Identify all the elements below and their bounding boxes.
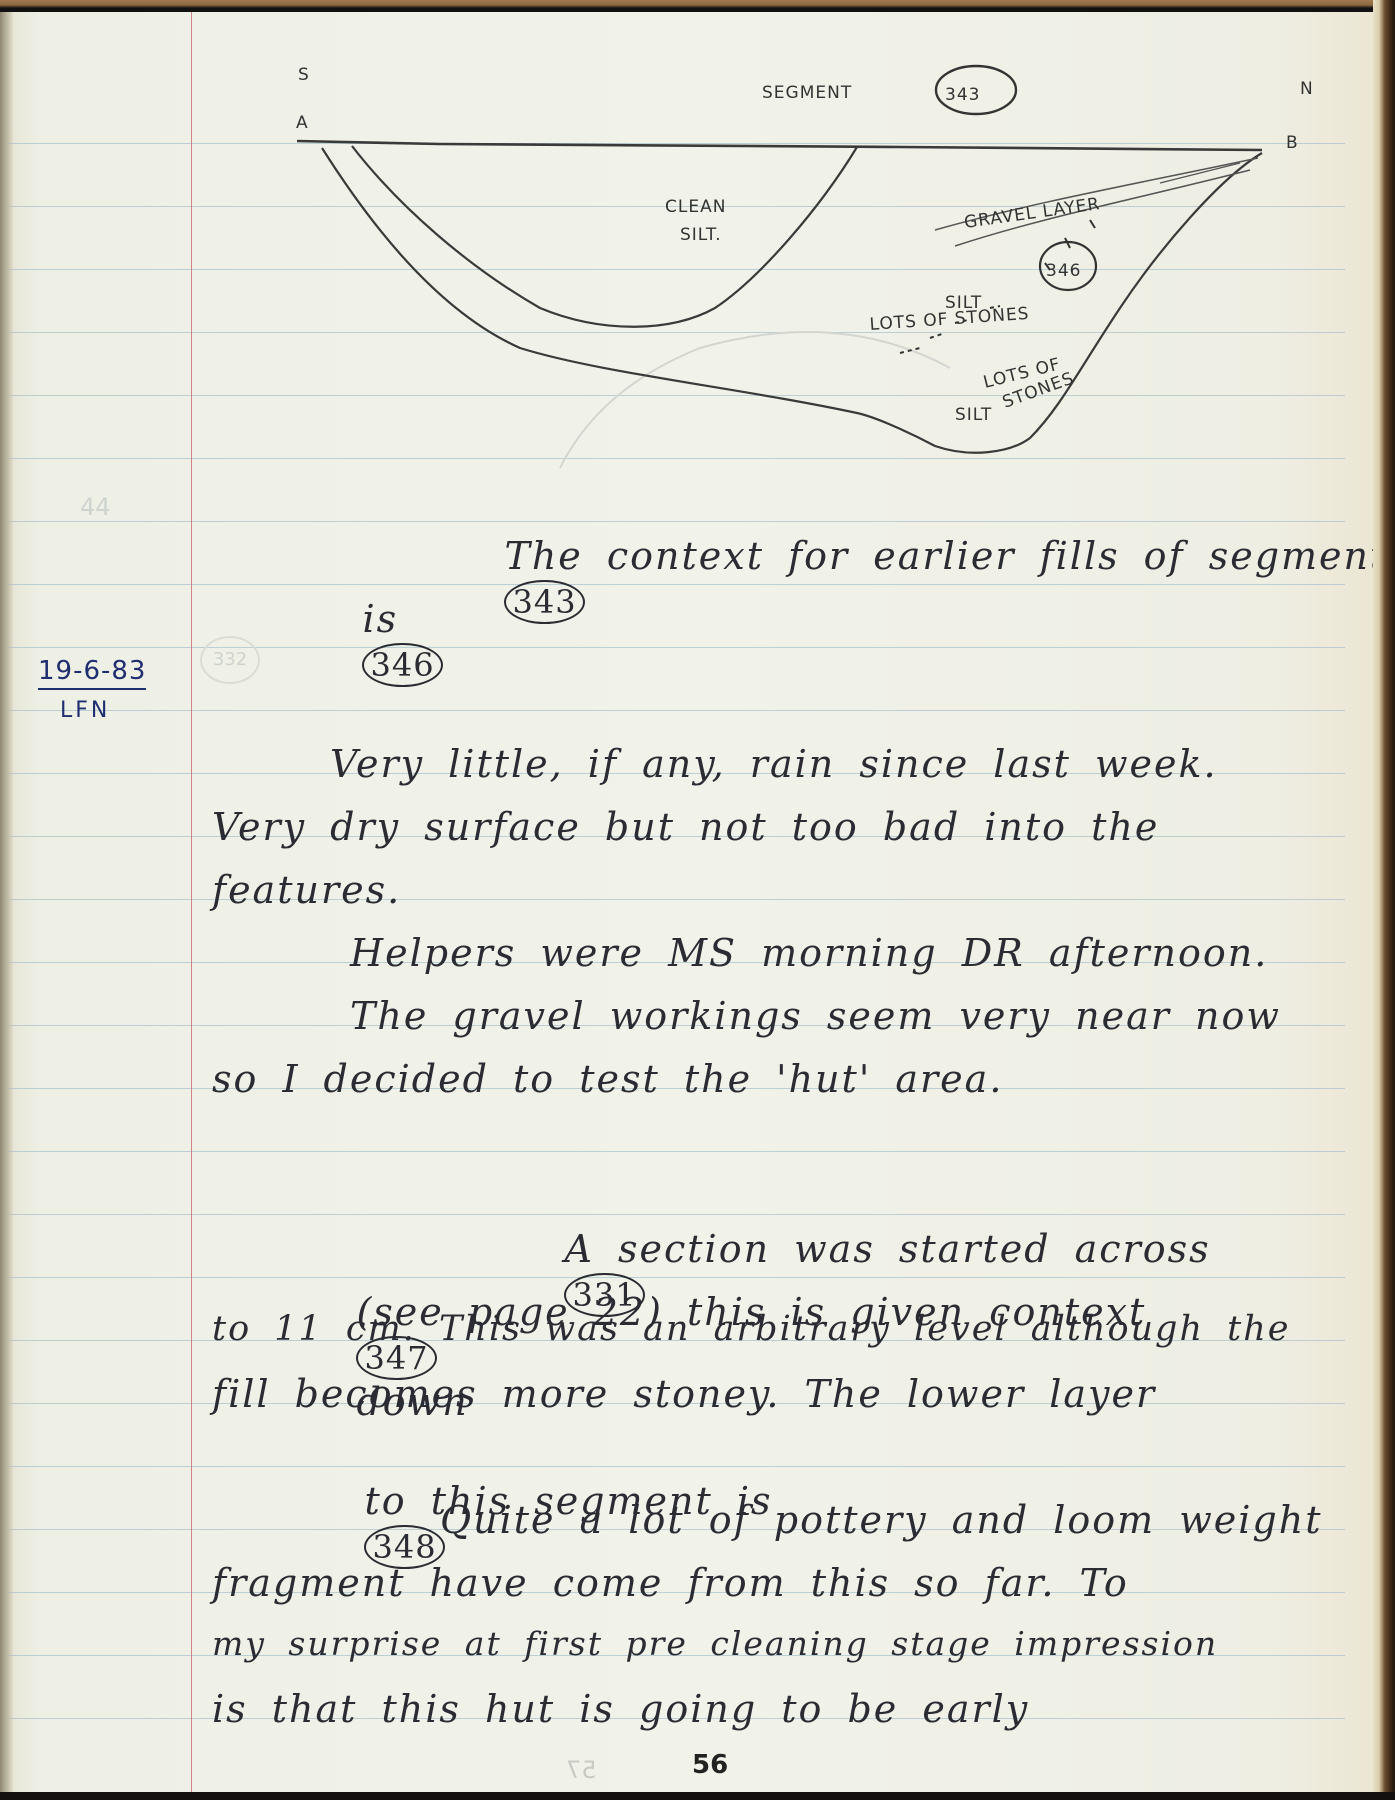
entry-line: so I decided to test the 'hut' area. bbox=[212, 1057, 1003, 1101]
intro-line-2: is 346 bbox=[218, 553, 443, 731]
top-binding-edge bbox=[0, 0, 1395, 12]
finds-line: my surprise at first pre cleaning stage … bbox=[212, 1624, 1218, 1663]
notebook-paper: 44 332 S A N B SEGMENT 343 bbox=[0, 8, 1380, 1794]
finds-line: fragment have come from this so far. To bbox=[212, 1561, 1129, 1605]
notebook-page-frame: 44 332 S A N B SEGMENT 343 bbox=[0, 0, 1395, 1800]
outer-cut-outline bbox=[322, 148, 1262, 453]
bottom-edge bbox=[0, 1792, 1395, 1800]
gravel-layer-label: GRAVEL LAYER bbox=[963, 194, 1102, 233]
point-a-label: A bbox=[296, 113, 309, 133]
entry-date: 19-6-83 bbox=[38, 656, 146, 690]
section-sketch: S A N B SEGMENT 343 CLEAN SILT. GRAVEL L… bbox=[0, 8, 1380, 468]
ruled-line bbox=[0, 710, 1345, 711]
entry-line: features. bbox=[212, 868, 401, 912]
intro-line-2-text: is bbox=[362, 597, 398, 641]
entry-line: The gravel workings seem very near now bbox=[350, 994, 1281, 1038]
finds-line: Quite a lot of pottery and loom weight bbox=[440, 1498, 1323, 1542]
entry-line: Very dry surface but not too bad into th… bbox=[212, 805, 1159, 849]
context-id-346: 346 bbox=[1046, 261, 1081, 281]
segment-id: 343 bbox=[945, 85, 980, 105]
ruled-line bbox=[0, 1151, 1345, 1152]
page-number: 56 bbox=[692, 1750, 728, 1780]
compass-north-label: N bbox=[1300, 79, 1314, 99]
context-circle-343: 343 bbox=[504, 580, 584, 624]
show-through-mark: 44 bbox=[80, 493, 111, 521]
intro-line-1: The context for earlier fills of segment… bbox=[360, 490, 1380, 668]
entry-date-block: 19-6-83 LFN bbox=[38, 656, 168, 723]
ruled-line bbox=[0, 899, 1345, 900]
clean-silt-label: CLEAN bbox=[665, 197, 726, 217]
finds-line: is that this hut is going to be early bbox=[212, 1687, 1029, 1731]
intro-line-1-text: The context for earlier fills of segment bbox=[504, 534, 1380, 578]
inner-cut-outline bbox=[352, 146, 857, 327]
lots-of-stones-upper-label: LOTS OF STONES bbox=[869, 304, 1030, 335]
context-circle-346: 346 bbox=[362, 643, 442, 687]
compass-south-label: S bbox=[298, 65, 310, 85]
section-line-3: to 11 cm. This was an arbitrary level al… bbox=[212, 1309, 1290, 1349]
section-line-4: fill becomes more stoney. The lower laye… bbox=[212, 1372, 1156, 1416]
right-binding-edge bbox=[1373, 0, 1395, 1800]
entry-line: Helpers were MS morning DR afternoon. bbox=[350, 931, 1268, 975]
entry-initials: LFN bbox=[38, 698, 168, 723]
surface-line bbox=[297, 141, 1262, 150]
silt-lower-label: SILT bbox=[955, 405, 992, 425]
sketch-title: SEGMENT bbox=[762, 83, 852, 103]
ghost-page-number: 57 bbox=[566, 1756, 597, 1784]
point-b-label: B bbox=[1286, 133, 1299, 153]
entry-line: Very little, if any, rain since last wee… bbox=[330, 742, 1218, 786]
clean-silt-label-2: SILT. bbox=[680, 225, 722, 245]
